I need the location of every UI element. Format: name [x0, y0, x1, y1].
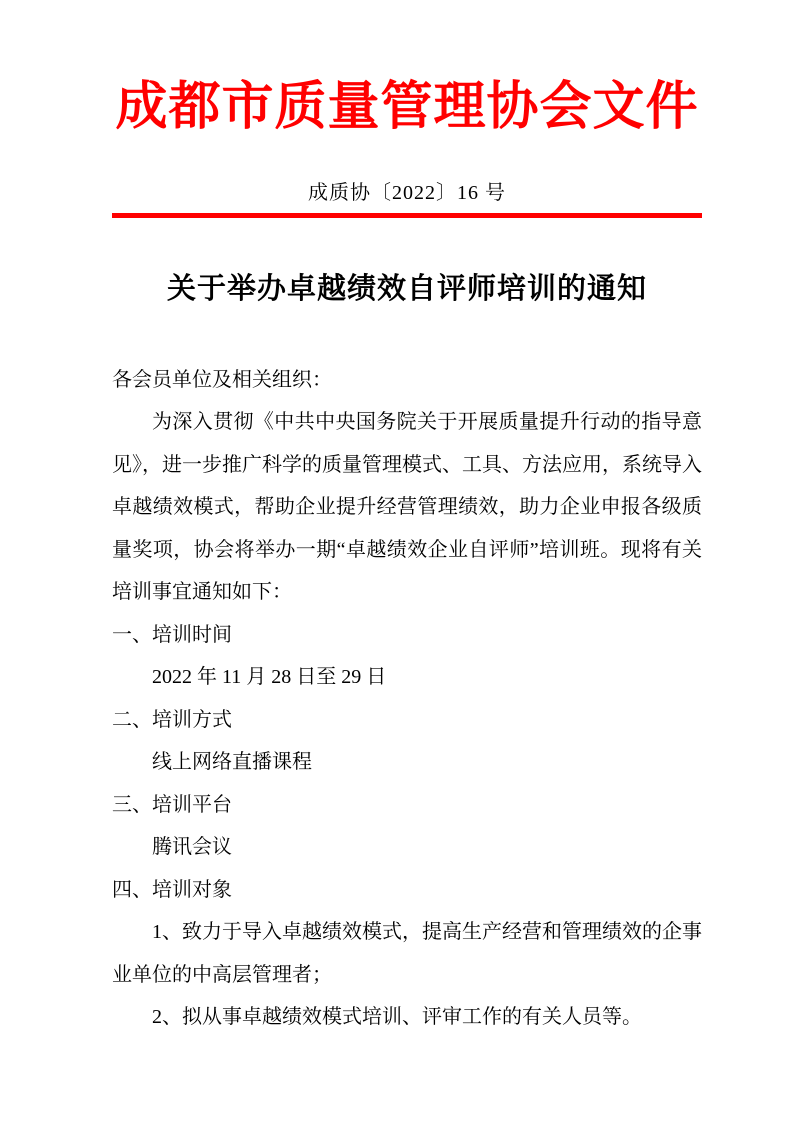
letterhead-title: 成都市质量管理协会文件 — [112, 0, 702, 138]
salutation: 各会员单位及相关组织： — [112, 359, 702, 402]
section-4-item-2: 2、拟从事卓越绩效模式培训、评审工作的有关人员等。 — [112, 996, 702, 1039]
section-4-heading: 四、培训对象 — [112, 869, 702, 912]
section-3-heading: 三、培训平台 — [112, 784, 702, 827]
section-3-content: 腾讯会议 — [112, 826, 702, 869]
doc-number: 成质协〔2022〕16 号 — [112, 176, 702, 205]
document-title: 关于举办卓越绩效自评师培训的通知 — [112, 266, 702, 307]
document-body: 各会员单位及相关组织： 为深入贯彻《中共中央国务院关于开展质量提升行动的指导意见… — [112, 359, 702, 1039]
section-1-content: 2022 年 11 月 28 日至 29 日 — [112, 656, 702, 699]
document-page: 成都市质量管理协会文件 成质协〔2022〕16 号 关于举办卓越绩效自评师培训的… — [0, 0, 794, 1123]
intro-paragraph: 为深入贯彻《中共中央国务院关于开展质量提升行动的指导意见》，进一步推广科学的质量… — [112, 401, 702, 614]
section-2-heading: 二、培训方式 — [112, 699, 702, 742]
section-4-item-1: 1、致力于导入卓越绩效模式，提高生产经营和管理绩效的企事业单位的中高层管理者； — [112, 911, 702, 996]
red-divider-line — [112, 213, 702, 218]
section-2-content: 线上网络直播课程 — [112, 741, 702, 784]
section-1-heading: 一、培训时间 — [112, 614, 702, 657]
